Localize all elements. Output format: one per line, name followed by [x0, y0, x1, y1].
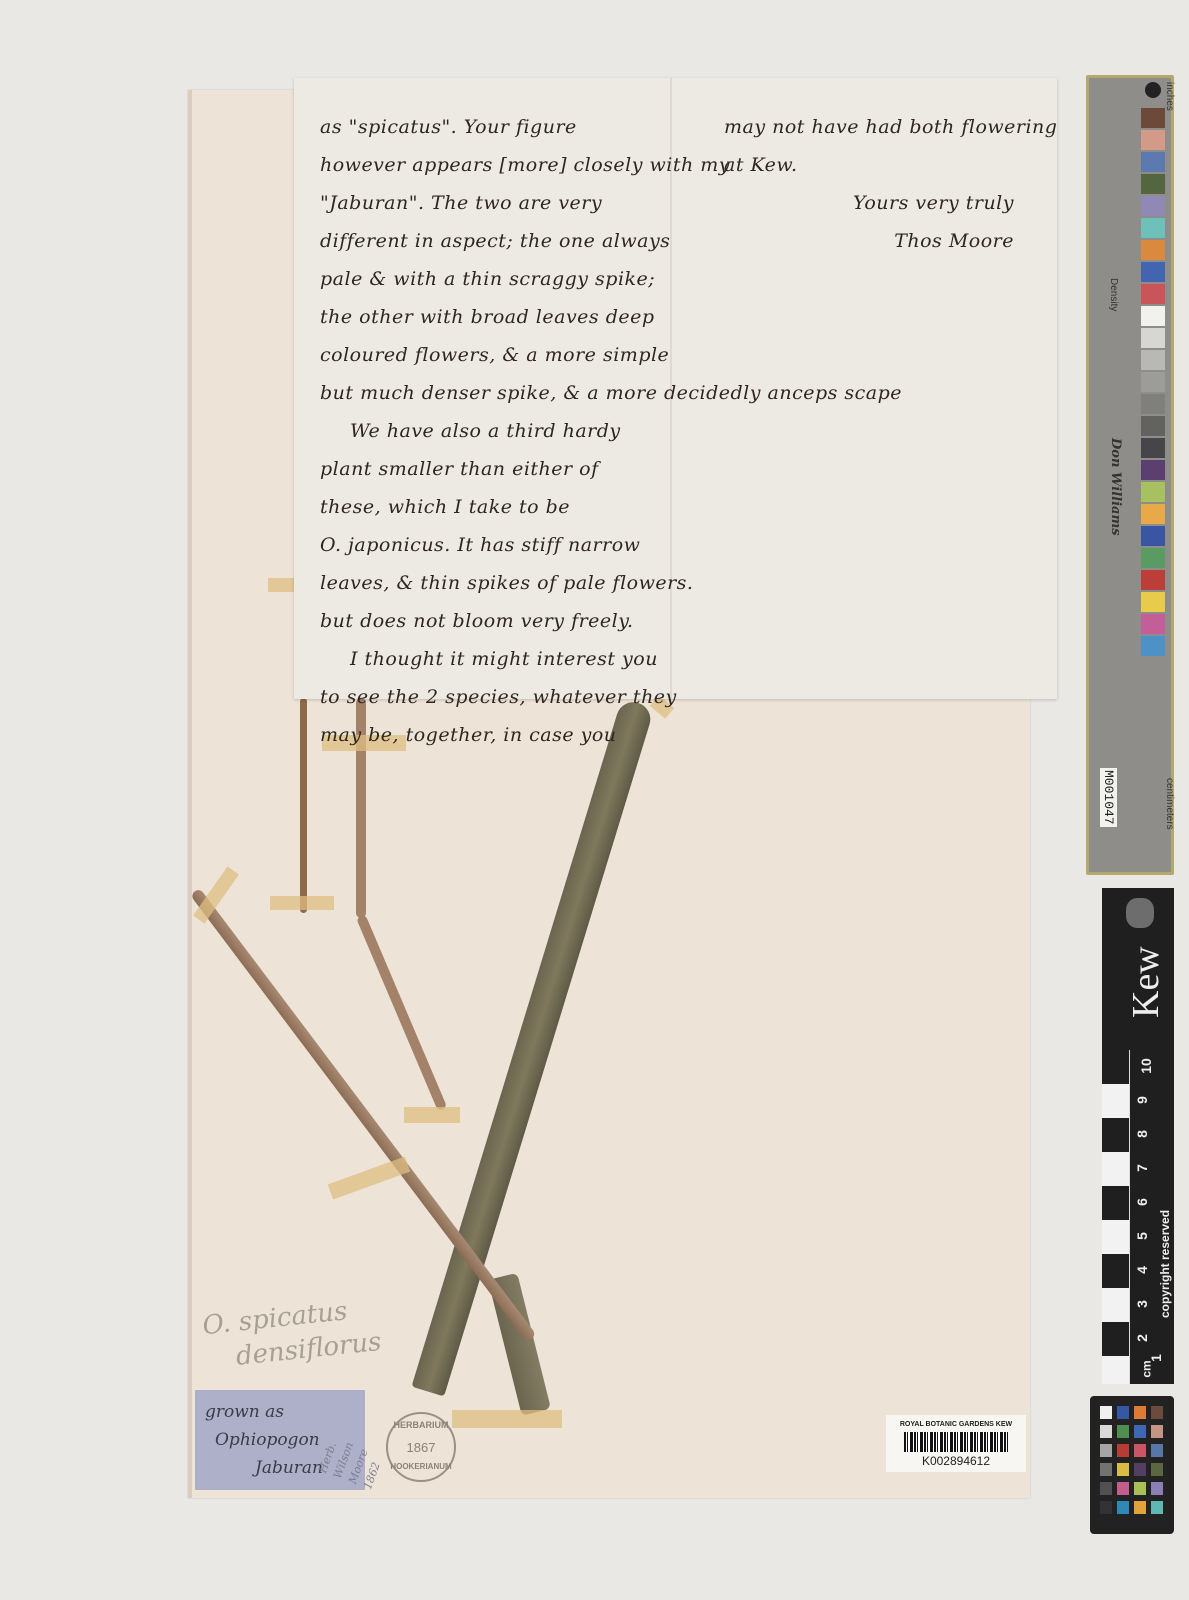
color-swatch: [1141, 394, 1165, 414]
color-swatch: [1141, 218, 1165, 238]
color-checker-grid: [1100, 1406, 1174, 1514]
color-swatch: [1141, 416, 1165, 436]
color-swatch: [1141, 262, 1165, 282]
letter-line: O. japonicus. It has stiff narrow: [320, 526, 670, 564]
handwritten-letter: as "spicatus". Your figure however appea…: [294, 78, 1057, 699]
letter-line: I thought it might interest you: [320, 640, 670, 678]
letter-line: to see the 2 species, whatever they: [320, 678, 670, 716]
ruler-density-label: Density: [1108, 278, 1119, 311]
checker-cell: [1117, 1463, 1129, 1476]
color-swatch: [1141, 570, 1165, 590]
label-text: grown as Ophiopogon Jaburan: [205, 1398, 323, 1482]
label-line: Jaburan: [205, 1454, 323, 1482]
letter-line: may not have had both flowering: [724, 108, 1054, 146]
color-swatch: [1141, 174, 1165, 194]
letter-line: pale & with a thin scraggy spike;: [320, 260, 670, 298]
barcode-label: ROYAL BOTANIC GARDENS KEW K002894612: [886, 1415, 1026, 1472]
letter-left-page: as "spicatus". Your figure however appea…: [320, 108, 670, 754]
stamp-year: 1867: [388, 1440, 454, 1455]
letter-line: but much denser spike, & a more decidedl…: [320, 374, 670, 412]
letter-line: plant smaller than either of: [320, 450, 670, 488]
checker-cell: [1151, 1501, 1163, 1514]
ruler-hole-icon: [1145, 82, 1161, 98]
scale-number: 2: [1134, 1334, 1150, 1342]
letter-right-page: may not have had both flowering at Kew. …: [724, 108, 1054, 260]
checker-cell: [1134, 1482, 1146, 1495]
scale-number: 9: [1134, 1096, 1150, 1104]
color-swatch: [1141, 636, 1165, 656]
color-swatch: [1141, 372, 1165, 392]
color-swatch: [1141, 592, 1165, 612]
letter-line: at Kew.: [724, 146, 1054, 184]
scale-number: 4: [1134, 1266, 1150, 1274]
letter-signature: Thos Moore: [724, 222, 1054, 260]
ruler-brand: Don Williams: [1108, 438, 1123, 536]
sheet-edge: [188, 90, 192, 1498]
scale-unit: cm: [1140, 1360, 1154, 1377]
tape-strip: [268, 578, 296, 592]
ruler-id: M001047: [1100, 768, 1117, 827]
stamp-bottom-text: HOOKERIANUM: [388, 1462, 454, 1471]
color-swatch: [1141, 108, 1165, 128]
color-checker-card: [1090, 1396, 1174, 1534]
institution-name: ROYAL BOTANIC GARDENS KEW: [886, 1421, 1026, 1428]
ruler-swatches: [1141, 108, 1165, 658]
checker-cell: [1151, 1444, 1163, 1457]
kew-scale-bar: Kew 10 9 8 7 6 5 4 3 2 1 cm copyright re…: [1102, 888, 1174, 1384]
checker-cell: [1117, 1482, 1129, 1495]
checker-cell: [1100, 1444, 1112, 1457]
scale-number: 10: [1138, 1058, 1154, 1074]
tape-strip: [452, 1410, 562, 1428]
stamp-top-text: HERBARIUM: [388, 1420, 454, 1430]
letter-line: different in aspect; the one always: [320, 222, 670, 260]
herbarium-stamp: HERBARIUM 1867 HOOKERIANUM: [386, 1412, 456, 1482]
barcode-icon: [904, 1432, 1008, 1452]
color-swatch: [1141, 614, 1165, 634]
color-swatch: [1141, 482, 1165, 502]
checker-cell: [1151, 1463, 1163, 1476]
color-swatch: [1141, 130, 1165, 150]
scale-number: 7: [1134, 1164, 1150, 1172]
blue-collector-label: grown as Ophiopogon Jaburan Herb. Wilson…: [195, 1390, 365, 1490]
checker-cell: [1117, 1425, 1129, 1438]
color-density-ruler: inches Density Don Williams centimeters …: [1086, 75, 1174, 875]
checker-cell: [1151, 1425, 1163, 1438]
letter-line: but does not bloom very freely.: [320, 602, 670, 640]
scale-number: 5: [1134, 1232, 1150, 1240]
checker-cell: [1134, 1425, 1146, 1438]
scale-number: 6: [1134, 1198, 1150, 1206]
label-line: grown as: [205, 1398, 323, 1426]
checker-cell: [1117, 1501, 1129, 1514]
scale-number: 3: [1134, 1300, 1150, 1308]
tape-strip: [270, 896, 334, 910]
color-swatch: [1141, 240, 1165, 260]
color-swatch: [1141, 504, 1165, 524]
color-swatch: [1141, 460, 1165, 480]
letter-line: the other with broad leaves deep: [320, 298, 670, 336]
label-line: Ophiopogon: [205, 1426, 323, 1454]
scale-number: 8: [1134, 1130, 1150, 1138]
color-swatch: [1141, 438, 1165, 458]
color-swatch: [1141, 350, 1165, 370]
color-swatch: [1141, 306, 1165, 326]
checker-cell: [1151, 1482, 1163, 1495]
checker-cell: [1100, 1501, 1112, 1514]
color-swatch: [1141, 548, 1165, 568]
checker-cell: [1117, 1444, 1129, 1457]
letter-line: however appears [more] closely with my: [320, 146, 670, 184]
kew-crest-icon: [1126, 898, 1154, 928]
checker-cell: [1151, 1406, 1163, 1419]
barcode-number: K002894612: [886, 1454, 1026, 1468]
checker-cell: [1134, 1444, 1146, 1457]
stem-1: [300, 698, 307, 913]
letter-line: leaves, & thin spikes of pale flowers.: [320, 564, 670, 602]
letter-closing: Yours very truly: [724, 184, 1054, 222]
color-swatch: [1141, 328, 1165, 348]
checker-cell: [1100, 1425, 1112, 1438]
color-swatch: [1141, 196, 1165, 216]
letter-line: these, which I take to be: [320, 488, 670, 526]
letter-line: We have also a third hardy: [320, 412, 670, 450]
checker-cell: [1134, 1463, 1146, 1476]
checker-cell: [1134, 1501, 1146, 1514]
color-swatch: [1141, 152, 1165, 172]
checker-cell: [1100, 1463, 1112, 1476]
checker-cell: [1117, 1406, 1129, 1419]
letter-line: may be, together, in case you: [320, 716, 670, 754]
color-swatch: [1141, 526, 1165, 546]
ruler-inches-label: inches: [1164, 82, 1175, 111]
tape-strip: [404, 1107, 460, 1123]
color-swatch: [1141, 284, 1165, 304]
copyright-text: copyright reserved: [1158, 1210, 1172, 1318]
kew-logo: Kew: [1124, 946, 1168, 1018]
letter-line: as "spicatus". Your figure: [320, 108, 670, 146]
letter-line: coloured flowers, & a more simple: [320, 336, 670, 374]
letter-line: "Jaburan". The two are very: [320, 184, 670, 222]
checker-cell: [1100, 1406, 1112, 1419]
scale-ticks: [1102, 1050, 1130, 1384]
ruler-cm-label: centimeters: [1164, 778, 1175, 830]
checker-cell: [1100, 1482, 1112, 1495]
checker-cell: [1134, 1406, 1146, 1419]
